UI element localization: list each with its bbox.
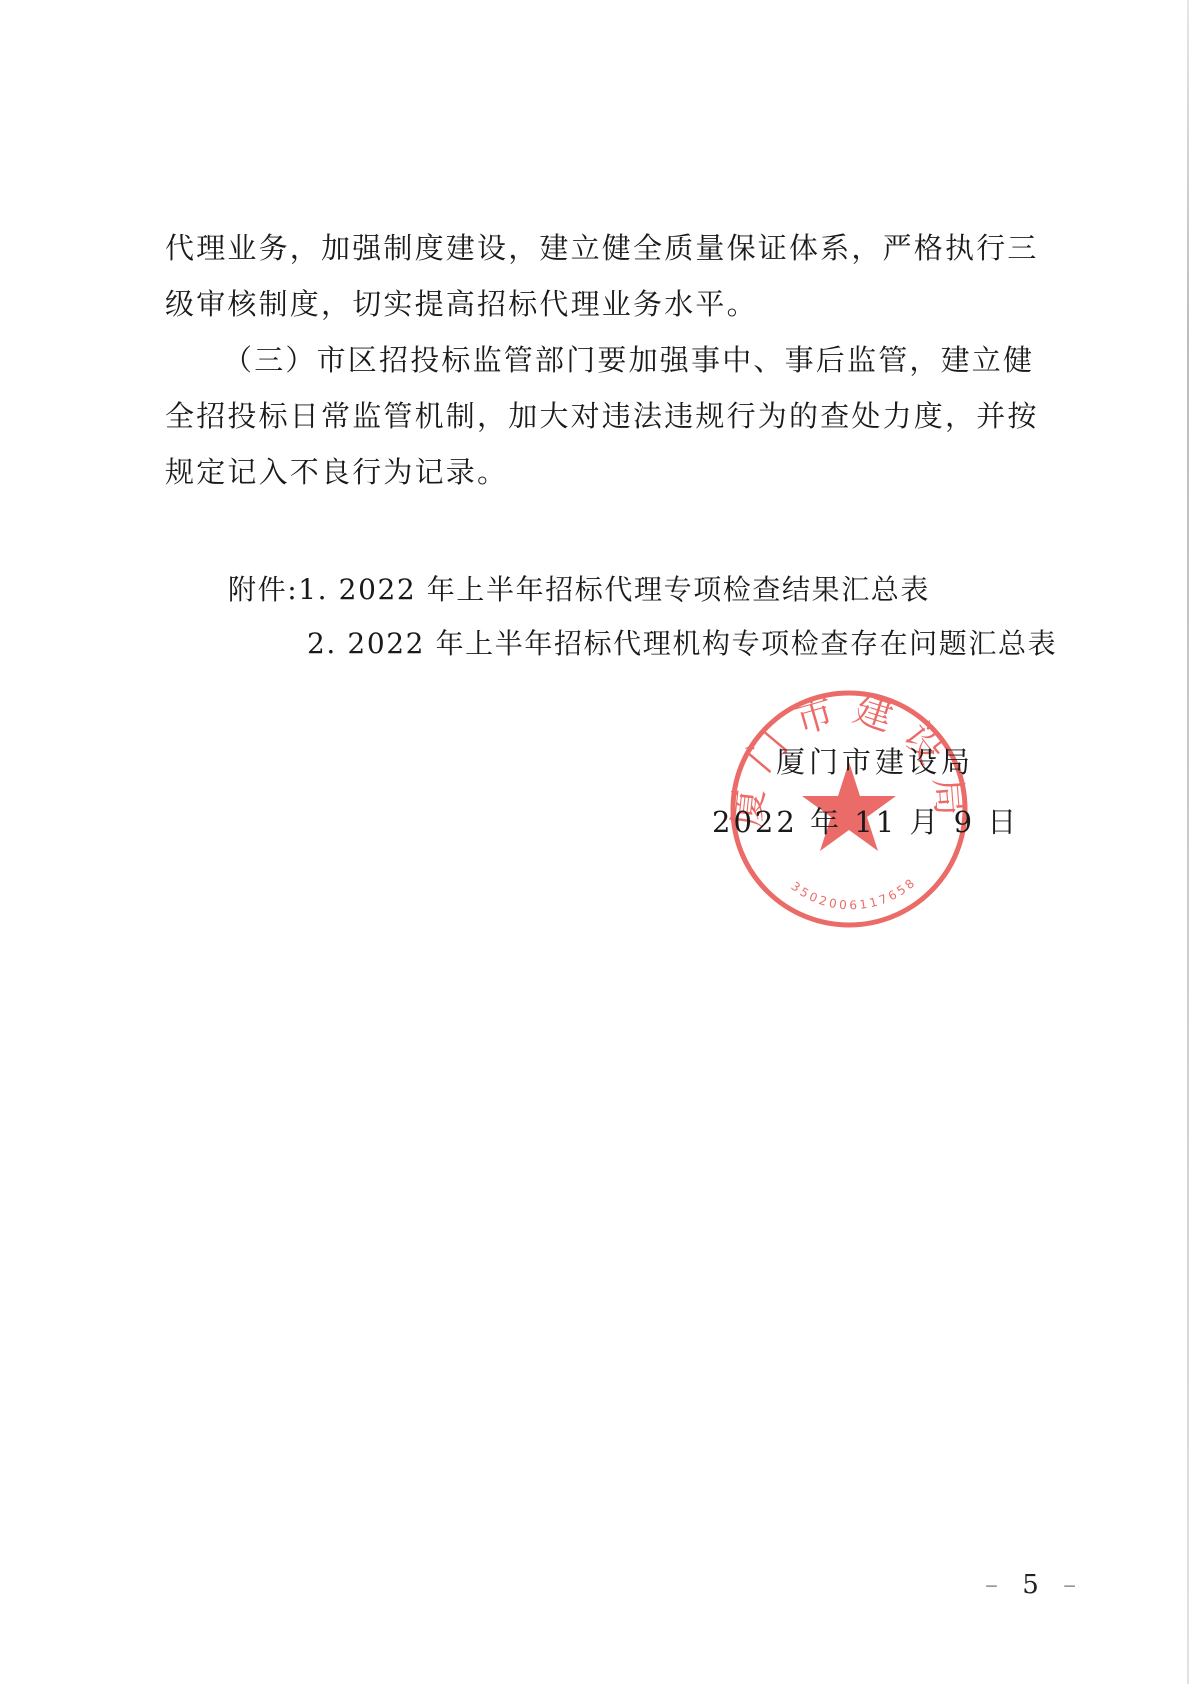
attachment-item-2: 2. 2022 年上半年招标代理机构专项检查存在问题汇总表 [307,627,1057,660]
attachment-item-1: 1. 2022 年上半年招标代理专项检查结果汇总表 [298,573,930,606]
svg-text:3502006117658: 3502006117658 [789,874,920,912]
page-number-value: 5 [1022,1570,1047,1600]
attachment-prefix: 附件: [228,573,298,606]
paragraph-1-line-2: 级审核制度，切实提高招标代理业务水平。 [165,276,1057,332]
paragraph-2-line-2: 全招投标日常监管机制，加大对违法违规行为的查处力度，并按 [165,388,1057,444]
paragraph-2-line-1: （三）市区招投标监管部门要加强事中、事后监管，建立健 [165,332,1057,388]
paragraph-2-line-3: 规定记入不良行为记录。 [165,444,1057,500]
paragraph-1-line-1: 代理业务，加强制度建设，建立健全质量保证体系，严格执行三 [165,220,1057,276]
scan-edge-line [1187,0,1189,1684]
page-number: – 5 – [985,1570,1084,1600]
signature-date: 2022 年 11 月 9 日 [712,800,1019,841]
attachment-line-1: 附件:1. 2022 年上半年招标代理专项检查结果汇总表 [228,568,930,608]
attachment-line-2: 2. 2022 年上半年招标代理机构专项检查存在问题汇总表 [307,622,1057,662]
page-dash-right: – [1063,1570,1084,1600]
signature-organization: 厦门市建设局 [776,740,974,781]
body-text: 代理业务，加强制度建设，建立健全质量保证体系，严格执行三 级审核制度，切实提高招… [165,220,1057,500]
page-dash-left: – [985,1570,1006,1600]
